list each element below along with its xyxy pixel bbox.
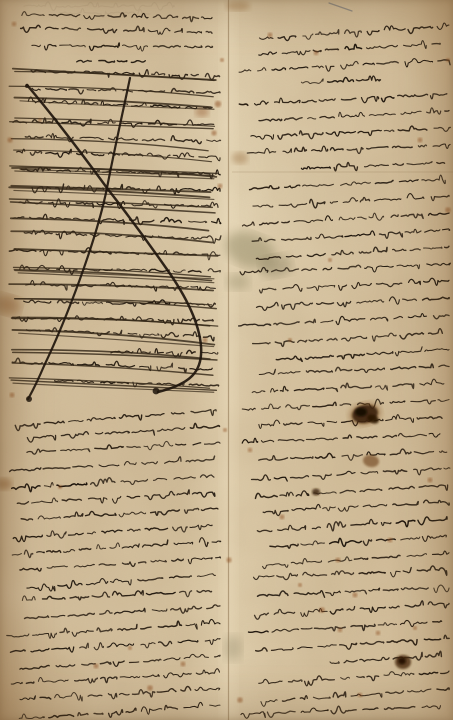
foxing-spot <box>338 628 342 632</box>
foxing-spot <box>223 428 227 432</box>
foxing-spot <box>280 515 285 520</box>
foxing-spot <box>10 393 15 398</box>
foxing-spot <box>215 101 221 107</box>
foxing-spot <box>328 258 332 262</box>
foxing-spot <box>314 51 318 55</box>
foxing-spot <box>418 138 423 143</box>
foxing-spot <box>211 130 216 135</box>
foxing-spot <box>336 558 341 563</box>
manuscript-art <box>0 0 453 720</box>
foxing-spot <box>319 607 325 613</box>
foxing-spot <box>147 685 153 691</box>
foxing-spot <box>446 58 450 62</box>
smudge-stain <box>226 274 250 290</box>
foxing-spot <box>94 664 99 669</box>
manuscript-scan <box>0 0 453 720</box>
foxing-spot <box>220 58 224 62</box>
ink-blot-mark <box>312 489 320 496</box>
foxing-spot <box>248 448 252 452</box>
foxing-spot <box>181 662 186 667</box>
foxing-spot <box>237 697 243 703</box>
ink-blot-mark <box>398 658 406 665</box>
foxing-spot <box>58 485 62 489</box>
smudge-stain <box>232 152 248 164</box>
foxing-spot <box>218 184 223 189</box>
foxing-spot <box>128 646 132 650</box>
foxing-spot <box>445 207 451 213</box>
foxing-spot <box>12 22 16 26</box>
foxing-spot <box>353 593 358 598</box>
foxing-spot <box>288 338 292 342</box>
foxing-spot <box>203 338 208 343</box>
ink-blot-mark <box>355 408 367 417</box>
foxing-spot <box>226 557 231 562</box>
foxing-spot <box>428 478 433 483</box>
foxing-spot <box>388 538 393 543</box>
foxing-spot <box>7 137 12 142</box>
foxing-spot <box>358 693 362 697</box>
foxing-spot <box>268 33 273 38</box>
foxing-spot <box>413 626 417 630</box>
foxing-spot <box>38 118 42 122</box>
smudge-stain <box>224 635 242 661</box>
foxing-spot <box>376 631 380 635</box>
foxing-spot <box>298 583 302 587</box>
smudge-stain <box>226 1 250 11</box>
